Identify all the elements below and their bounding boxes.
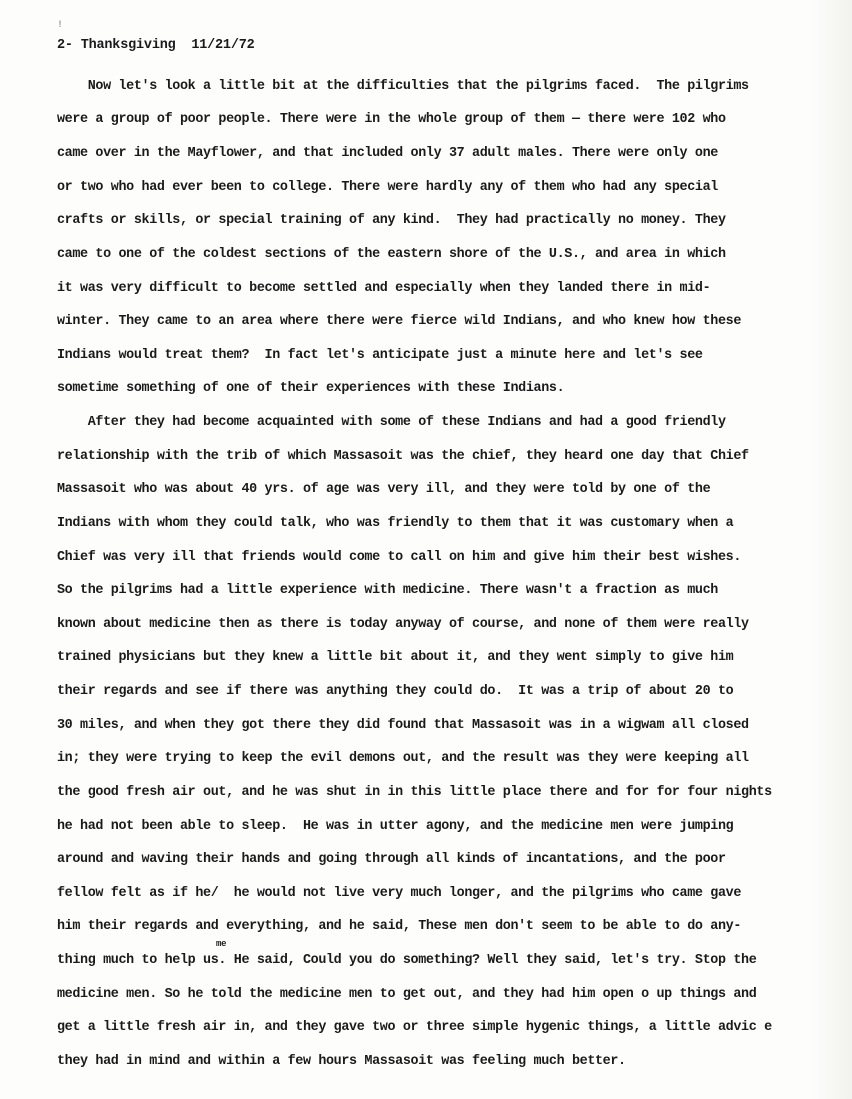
text-line: trained physicians but they knew a littl… bbox=[57, 650, 733, 666]
margin-mark: ! bbox=[57, 20, 63, 31]
text-line: Indians would treat them? In fact let's … bbox=[57, 348, 703, 364]
text-line: around and waving their hands and going … bbox=[57, 852, 726, 868]
text-line: So the pilgrims had a little experience … bbox=[57, 583, 718, 599]
text-line: in; they were trying to keep the evil de… bbox=[57, 751, 749, 767]
text-line: came to one of the coldest sections of t… bbox=[57, 247, 726, 263]
text-line: came over in the Mayflower, and that inc… bbox=[57, 146, 718, 162]
text-line: him their regards and everything, and he… bbox=[57, 919, 741, 935]
text-line: 30 miles, and when they got there they d… bbox=[57, 718, 749, 734]
text-line: the good fresh air out, and he was shut … bbox=[57, 785, 772, 801]
text-line: Chief was very ill that friends would co… bbox=[57, 550, 741, 566]
text-line: crafts or skills, or special training of… bbox=[57, 213, 726, 229]
text-line: relationship with the trib of which Mass… bbox=[57, 449, 749, 465]
text-line: Massasoit who was about 40 yrs. of age w… bbox=[57, 482, 710, 498]
text-line: Indians with whom they could talk, who w… bbox=[57, 516, 733, 532]
text-line: they had in mind and within a few hours … bbox=[57, 1054, 626, 1070]
text-line: or two who had ever been to college. The… bbox=[57, 180, 718, 196]
scan-edge-noise bbox=[812, 0, 852, 1099]
text-line: medicine men. So he told the medicine me… bbox=[57, 987, 756, 1003]
interlinear-insertion: me bbox=[216, 939, 226, 949]
text-line: winter. They came to an area where there… bbox=[57, 314, 741, 330]
text-line: sometime something of one of their exper… bbox=[57, 381, 564, 397]
text-line: were a group of poor people. There were … bbox=[57, 112, 726, 128]
text-line: fellow felt as if he/ he would not live … bbox=[57, 886, 741, 902]
text-line: their regards and see if there was anyth… bbox=[57, 684, 733, 700]
text-line: thing much to help us. He said, Could yo… bbox=[57, 953, 756, 969]
text-line: get a little fresh air in, and they gave… bbox=[57, 1020, 772, 1036]
page-heading: 2- Thanksgiving 11/21/72 bbox=[57, 38, 255, 53]
text-line: it was very difficult to become settled … bbox=[57, 281, 710, 297]
text-line: known about medicine then as there is to… bbox=[57, 617, 749, 633]
text-line: After they had become acquainted with so… bbox=[57, 415, 726, 431]
text-line: Now let's look a little bit at the diffi… bbox=[57, 79, 749, 95]
text-line: he had not been able to sleep. He was in… bbox=[57, 819, 733, 835]
